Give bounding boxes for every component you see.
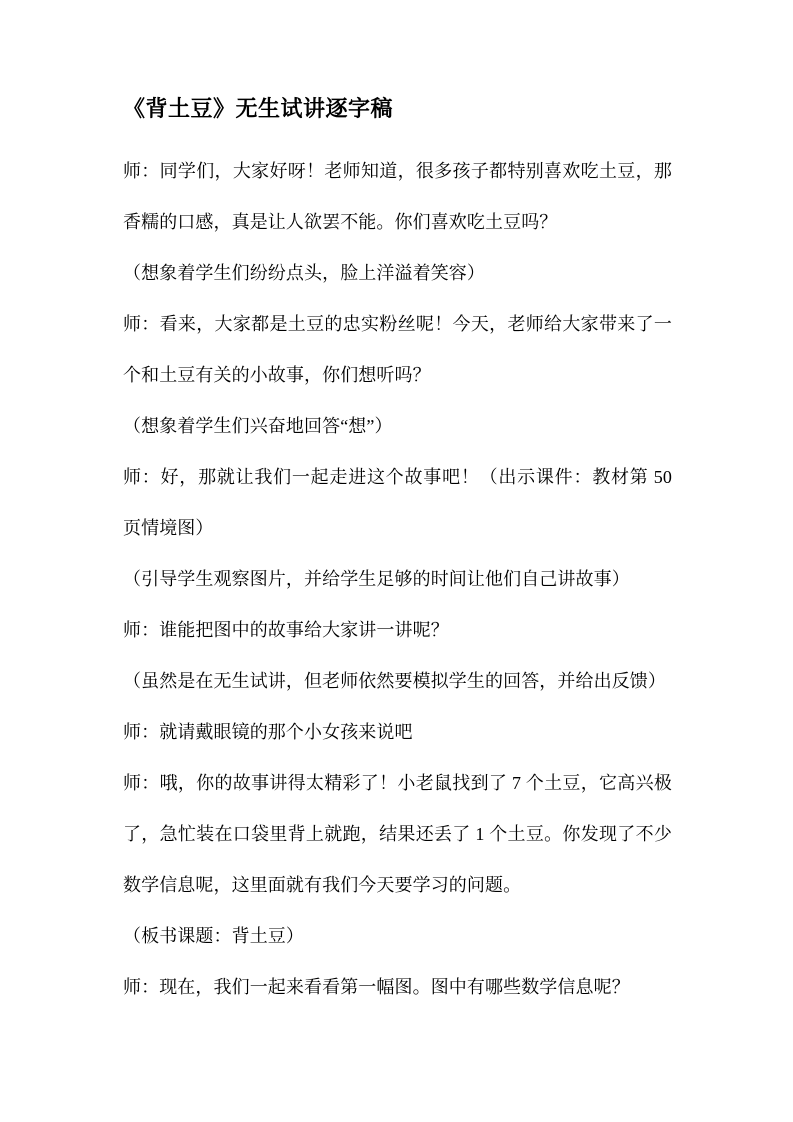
teacher-line: 师：现在，我们一起来看看第一幅图。图中有哪些数学信息呢？	[123, 962, 672, 1013]
stage-direction: （虽然是在无生试讲，但老师依然要模拟学生的回答，并给出反馈）	[123, 656, 672, 707]
teacher-line: 师：同学们，大家好呀！老师知道，很多孩子都特别喜欢吃土豆，那香糯的口感，真是让人…	[123, 146, 672, 248]
teacher-line: 师：看来，大家都是土豆的忠实粉丝呢！今天，老师给大家带来了一个和土豆有关的小故事…	[123, 299, 672, 401]
teacher-line: 师：谁能把图中的故事给大家讲一讲呢？	[123, 605, 672, 656]
teacher-line: 师：就请戴眼镜的那个小女孩来说吧	[123, 707, 672, 758]
stage-direction: （想象着学生们纷纷点头，脸上洋溢着笑容）	[123, 248, 672, 299]
document-title: 《背土豆》无生试讲逐字稿	[123, 92, 672, 125]
document-page: 《背土豆》无生试讲逐字稿 师：同学们，大家好呀！老师知道，很多孩子都特别喜欢吃土…	[0, 0, 793, 1122]
stage-direction: （引导学生观察图片，并给学生足够的时间让他们自己讲故事）	[123, 554, 672, 605]
stage-direction: （板书课题：背土豆）	[123, 911, 672, 962]
teacher-line: 师：哦，你的故事讲得太精彩了！小老鼠找到了 7 个土豆，它高兴极了，急忙装在口袋…	[123, 758, 672, 911]
stage-direction: （想象着学生们兴奋地回答“想”）	[123, 401, 672, 452]
document-body: 师：同学们，大家好呀！老师知道，很多孩子都特别喜欢吃土豆，那香糯的口感，真是让人…	[123, 146, 672, 1013]
teacher-line: 师：好，那就让我们一起走进这个故事吧！（出示课件：教材第 50 页情境图）	[123, 452, 672, 554]
